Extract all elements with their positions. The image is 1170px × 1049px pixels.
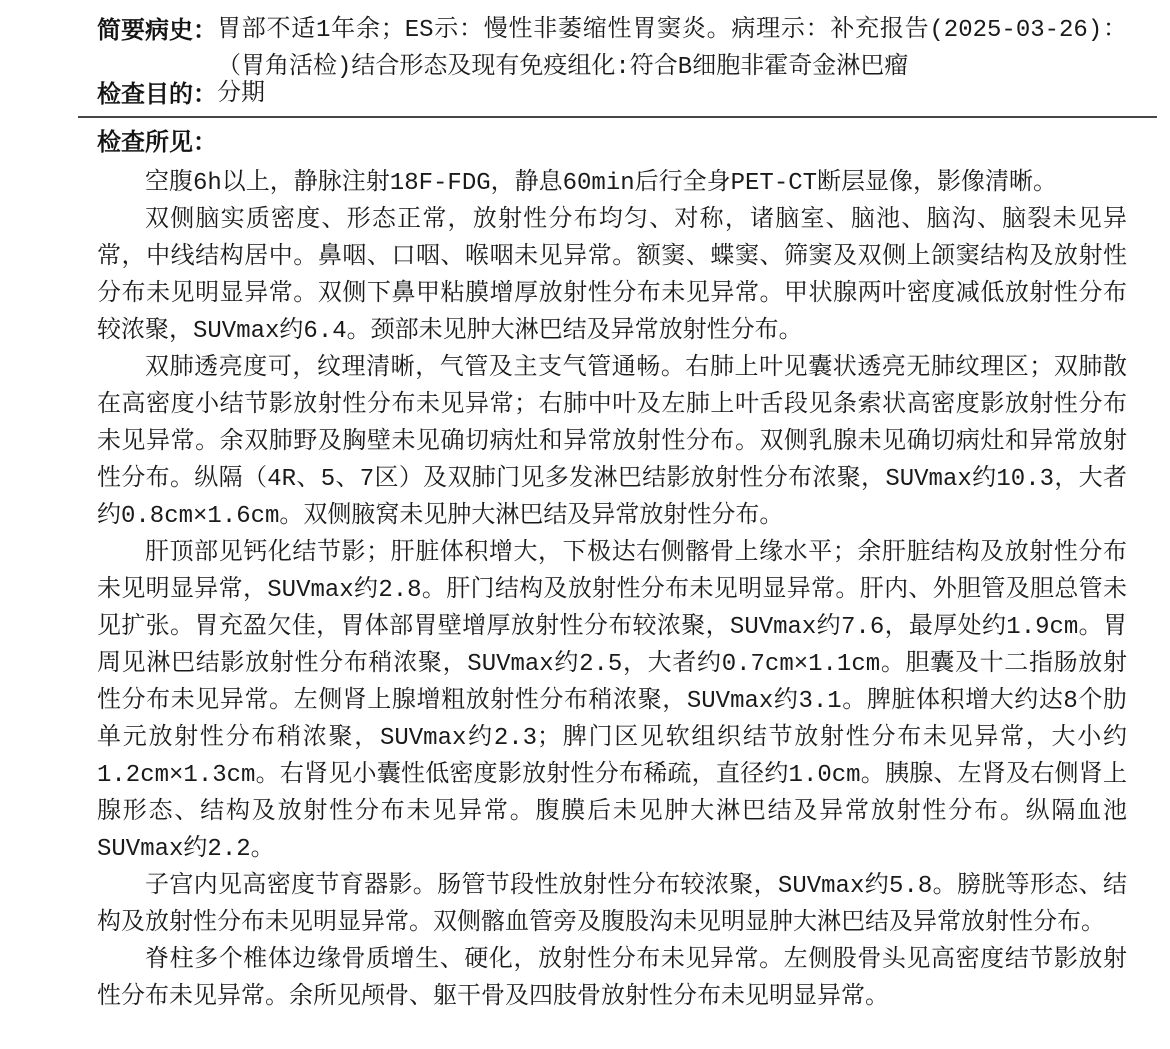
exam-purpose-value: 分期 <box>217 76 1127 113</box>
findings-paragraph-abdomen: 肝顶部见钙化结节影；肝脏体积增大，下极达右侧髂骨上缘水平；余肝脏结构及放射性分布… <box>97 535 1127 868</box>
brief-history-value: 胃部不适1年余；ES示：慢性非萎缩性胃窦炎。病理示：补充报告(2025-03-2… <box>217 12 1127 86</box>
findings-body: 空腹6h以上，静脉注射18F-FDG，静息60min后行全身PET-CT断层显像… <box>97 165 1127 1016</box>
exam-purpose-field: 检查目的： 分期 <box>97 76 1127 113</box>
findings-paragraph-head-neck: 双侧脑实质密度、形态正常，放射性分布均匀、对称，诸脑室、脑池、脑沟、脑裂未见异常… <box>97 202 1127 350</box>
brief-history-field: 简要病史： 胃部不适1年余；ES示：慢性非萎缩性胃窦炎。病理示：补充报告(202… <box>97 12 1127 86</box>
exam-purpose-label: 检查目的： <box>97 76 217 113</box>
findings-paragraph-pelvis: 子宫内见高密度节育器影。肠管节段性放射性分布较浓聚，SUVmax约5.8。膀胱等… <box>97 868 1127 942</box>
findings-paragraph-bones: 脊柱多个椎体边缘骨质增生、硬化，放射性分布未见异常。左侧股骨头见高密度结节影放射… <box>97 942 1127 1016</box>
pet-ct-report-page: 简要病史： 胃部不适1年余；ES示：慢性非萎缩性胃窦炎。病理示：补充报告(202… <box>97 12 1127 1016</box>
section-divider-line <box>78 116 1157 118</box>
findings-paragraph-chest: 双肺透亮度可，纹理清晰，气管及主支气管通畅。右肺上叶见囊状透亮无肺纹理区；双肺散… <box>97 350 1127 535</box>
findings-heading: 检查所见： <box>97 124 1127 161</box>
findings-paragraph-technique: 空腹6h以上，静脉注射18F-FDG，静息60min后行全身PET-CT断层显像… <box>97 165 1127 202</box>
brief-history-label: 简要病史： <box>97 12 217 49</box>
